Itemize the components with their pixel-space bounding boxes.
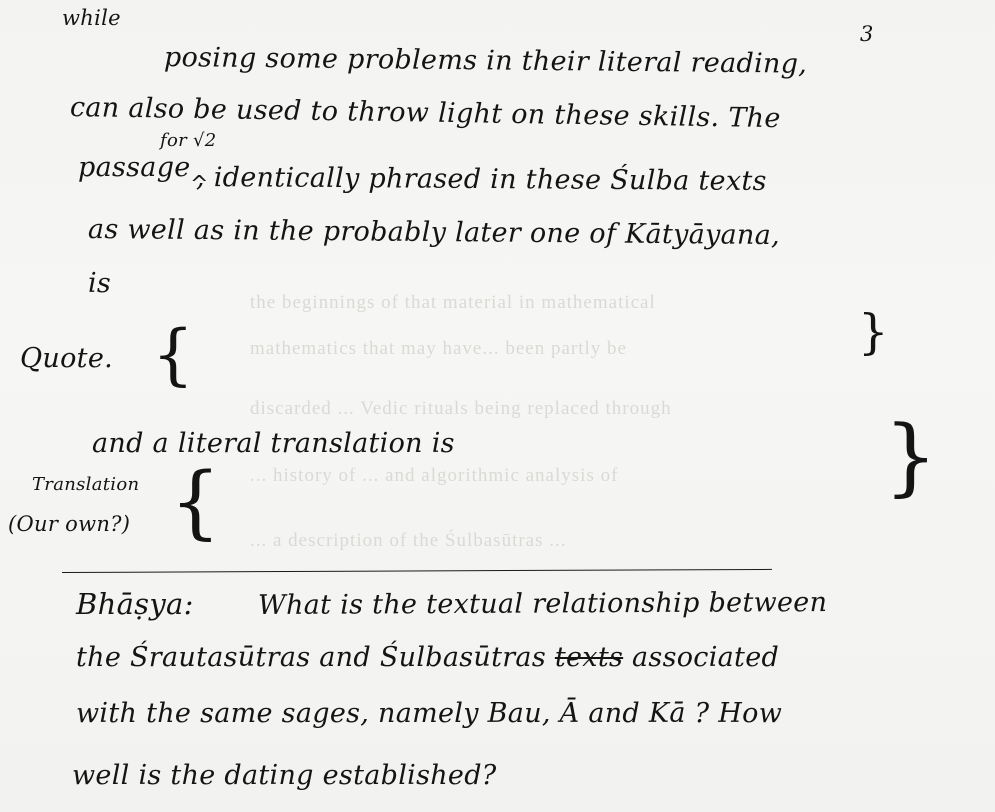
translation-own-note: (Our own?) xyxy=(8,514,130,535)
insertion-for-root-2: for √2 xyxy=(160,132,217,150)
paragraph-line-2: can also be used to throw light on these… xyxy=(70,94,781,132)
paragraph-line-3: , identically phrased in these Śulba tex… xyxy=(196,164,767,195)
bleed-through-line: ... history of ... and algorithmic analy… xyxy=(250,465,618,487)
translation-open-brace: { xyxy=(170,462,221,542)
paragraph-line-1: posing some problems in their literal re… xyxy=(164,44,807,78)
bleed-through-line: the beginnings of that material in mathe… xyxy=(250,292,656,314)
bhasya-line-4: well is the dating established? xyxy=(72,762,497,789)
paragraph-line-5: is xyxy=(88,270,111,297)
quote-close-brace: } xyxy=(858,308,889,356)
bleed-through-line: mathematics that may have... been partly… xyxy=(250,338,627,360)
translation-close-brace: } xyxy=(884,414,937,498)
quote-open-brace: { xyxy=(152,322,194,388)
handwritten-manuscript-page: the beginnings of that material in mathe… xyxy=(0,0,995,812)
bhasya-line-2: the Śrautasūtras and Śulbasūtras texts a… xyxy=(76,644,779,671)
quote-label: Quote. xyxy=(20,345,113,372)
translation-intro: and a literal translation is xyxy=(92,430,455,457)
struck-out-word: texts xyxy=(555,642,623,673)
bleed-through-line: ... a description of the Śulbasūtras ... xyxy=(250,530,567,552)
bleed-through-line: discarded ... Vedic rituals being replac… xyxy=(250,398,672,420)
bhasya-line-2b: associated xyxy=(632,642,779,673)
translation-label: Translation xyxy=(32,476,139,494)
paragraph-line-3-word: passage xyxy=(78,154,191,181)
bhasya-line-3: with the same sages, namely Bau, Ā and K… xyxy=(76,700,782,727)
bhasya-label: Bhāṣya: xyxy=(76,590,194,619)
bhasya-line-2a: the Śrautasūtras and Śulbasūtras xyxy=(76,642,546,673)
paragraph-line-4: as well as in the probably later one of … xyxy=(88,216,780,249)
page-number: 3 xyxy=(860,24,874,45)
paragraph-line-prefix: while xyxy=(62,8,121,29)
bhasya-line-1: What is the textual relationship between xyxy=(258,589,827,619)
section-divider xyxy=(62,569,772,573)
